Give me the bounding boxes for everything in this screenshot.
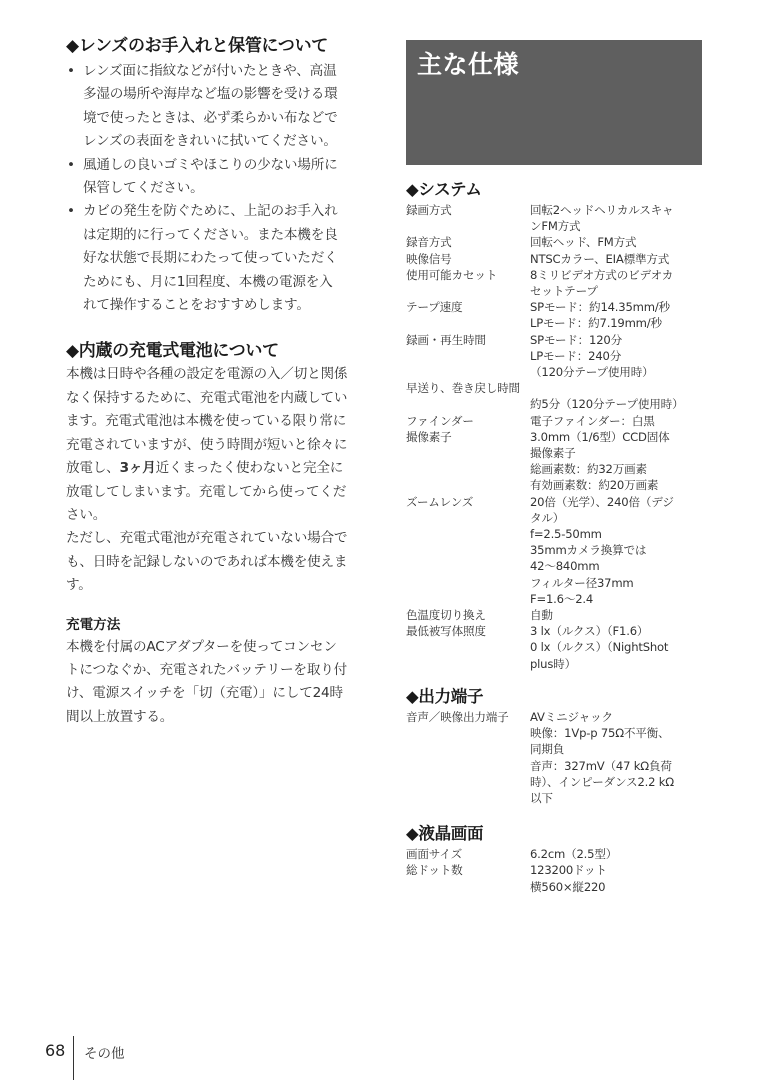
spec-row: 早送り、巻き戻し時間 [406, 380, 706, 396]
lcd-spec-list: 画面サイズ6.2cm（2.5型）総ドット数123200ドット横560×縦220 [406, 846, 706, 895]
lens-care-heading: ◆レンズのお手入れと保管について [66, 34, 366, 58]
spec-label: 映像信号 [406, 251, 530, 267]
battery-paragraph-1: 本機は日時や各種の設定を電源の入／切と関係 なく保持するために、充電式電池を内蔵… [66, 363, 366, 527]
list-item: レンズ面に指紋などが付いたときや、高温 多湿の場所や海岸など塩の影響を受ける環 … [66, 60, 366, 154]
spec-row: ファインダー電子ファインダー：白黒 [406, 413, 706, 429]
battery-section: ◆内蔵の充電式電池について 本機は日時や各種の設定を電源の入／切と関係 なく保持… [66, 339, 366, 729]
spec-values: 3 lx（ルクス）（F1.6）0 lx（ルクス）（NightShotplus時） [530, 623, 706, 672]
spec-values: 20倍（光学）、240倍（デジタル）f=2.5-50mm35mmカメラ換算では4… [530, 494, 706, 607]
spec-label: 色温度切り換え [406, 607, 530, 623]
spec-values: 123200ドット横560×縦220 [530, 862, 706, 894]
list-item: 風通しの良いゴミやほこりの少ない場所に 保管してください。 [66, 154, 366, 201]
spec-lcd: ◆液晶画面 画面サイズ6.2cm（2.5型）総ドット数123200ドット横560… [406, 823, 706, 895]
output-spec-list: 音声／映像出力端子AVミニジャック映像：1Vp-p 75Ω不平衡、同期負音声：3… [406, 709, 706, 806]
spec-values: 3.0mm（1/6型）CCD固体撮像素子総画素数：約32万画素有効画素数：約20… [530, 429, 706, 494]
spec-label: 録音方式 [406, 234, 530, 250]
spec-values: 回転2ヘッドヘリカルスキャンFM方式 [530, 202, 706, 234]
chapter-title-box: 主な仕様 [406, 40, 702, 165]
spec-label: テープ速度 [406, 299, 530, 331]
spec-label: 録画方式 [406, 202, 530, 234]
system-spec-list: 録画方式回転2ヘッドヘリカルスキャンFM方式録音方式回転ヘッド、FM方式映像信号… [406, 202, 706, 672]
spec-values: 6.2cm（2.5型） [530, 846, 706, 862]
output-heading: ◆出力端子 [406, 686, 706, 708]
spec-label: 使用可能カセット [406, 267, 530, 299]
spec-values: AVミニジャック映像：1Vp-p 75Ω不平衡、同期負音声：327mV（47 k… [530, 709, 706, 806]
spec-label: 画面サイズ [406, 846, 530, 862]
spec-values: SPモード：120分LPモード：240分（120分テープ使用時） [530, 332, 706, 381]
spec-values: 回転ヘッド、FM方式 [530, 234, 706, 250]
spec-label: 音声／映像出力端子 [406, 709, 530, 806]
spec-label: 総ドット数 [406, 862, 530, 894]
right-column: 主な仕様 ◆システム 録画方式回転2ヘッドヘリカルスキャンFM方式録音方式回転ヘ… [406, 40, 706, 895]
charging-method-paragraph: 本機を付属のACアダプターを使ってコンセン トにつなぐか、充電されたバッテリーを… [66, 636, 366, 730]
spec-label: 撮像素子 [406, 429, 530, 494]
spec-values: NTSCカラー、EIA標準方式 [530, 251, 706, 267]
spec-row: 色温度切り換え自動 [406, 607, 706, 623]
spec-values: 電子ファインダー：白黒 [530, 413, 706, 429]
emphasis-3-months: 3ヶ月 [120, 460, 156, 476]
left-column: ◆レンズのお手入れと保管について レンズ面に指紋などが付いたときや、高温 多湿の… [66, 34, 366, 729]
footer-section-label: その他 [84, 1042, 125, 1062]
spec-values: 約5分（120分テープ使用時） [530, 396, 706, 412]
spec-system: ◆システム 録画方式回転2ヘッドヘリカルスキャンFM方式録音方式回転ヘッド、FM… [406, 179, 706, 672]
spec-values: 自動 [530, 607, 706, 623]
spec-row: 録音方式回転ヘッド、FM方式 [406, 234, 706, 250]
page-title: 主な仕様 [417, 48, 519, 82]
spec-row: 総ドット数123200ドット横560×縦220 [406, 862, 706, 894]
spec-row-continued: 約5分（120分テープ使用時） [406, 396, 706, 412]
list-item: カビの発生を防ぐために、上記のお手入れ は定期的に行ってください。また本機を良 … [66, 200, 366, 317]
spec-label: 早送り、巻き戻し時間 [406, 380, 520, 396]
lens-care-list: レンズ面に指紋などが付いたときや、高温 多湿の場所や海岸など塩の影響を受ける環 … [66, 60, 366, 317]
spec-values: 8ミリビデオ方式のビデオカセットテープ [530, 267, 706, 299]
spec-values: SPモード：約14.35mm/秒LPモード：約7.19mm/秒 [530, 299, 706, 331]
spec-label: 最低被写体照度 [406, 623, 530, 672]
footer-divider [73, 1036, 74, 1080]
spec-label: ズームレンズ [406, 494, 530, 607]
spec-row: テープ速度SPモード：約14.35mm/秒LPモード：約7.19mm/秒 [406, 299, 706, 331]
system-heading: ◆システム [406, 179, 706, 201]
spec-row: ズームレンズ20倍（光学）、240倍（デジタル）f=2.5-50mm35mmカメ… [406, 494, 706, 607]
spec-row: 撮像素子3.0mm（1/6型）CCD固体撮像素子総画素数：約32万画素有効画素数… [406, 429, 706, 494]
spec-row: 映像信号NTSCカラー、EIA標準方式 [406, 251, 706, 267]
spec-row: 音声／映像出力端子AVミニジャック映像：1Vp-p 75Ω不平衡、同期負音声：3… [406, 709, 706, 806]
spec-row: 使用可能カセット8ミリビデオ方式のビデオカセットテープ [406, 267, 706, 299]
battery-paragraph-2: ただし、充電式電池が充電されていない場合で も、日時を記録しないのであれば本機を… [66, 527, 366, 597]
spec-row: 録画・再生時間SPモード：120分LPモード：240分（120分テープ使用時） [406, 332, 706, 381]
lcd-heading: ◆液晶画面 [406, 823, 706, 845]
spec-row: 画面サイズ6.2cm（2.5型） [406, 846, 706, 862]
spec-row: 最低被写体照度3 lx（ルクス）（F1.6）0 lx（ルクス）（NightSho… [406, 623, 706, 672]
spec-row: 録画方式回転2ヘッドヘリカルスキャンFM方式 [406, 202, 706, 234]
page-number: 68 [45, 1041, 65, 1060]
spec-output: ◆出力端子 音声／映像出力端子AVミニジャック映像：1Vp-p 75Ω不平衡、同… [406, 686, 706, 806]
battery-heading: ◆内蔵の充電式電池について [66, 339, 366, 363]
charging-method-subheading: 充電方法 [66, 614, 366, 636]
spec-label: 録画・再生時間 [406, 332, 530, 381]
spec-label: ファインダー [406, 413, 530, 429]
